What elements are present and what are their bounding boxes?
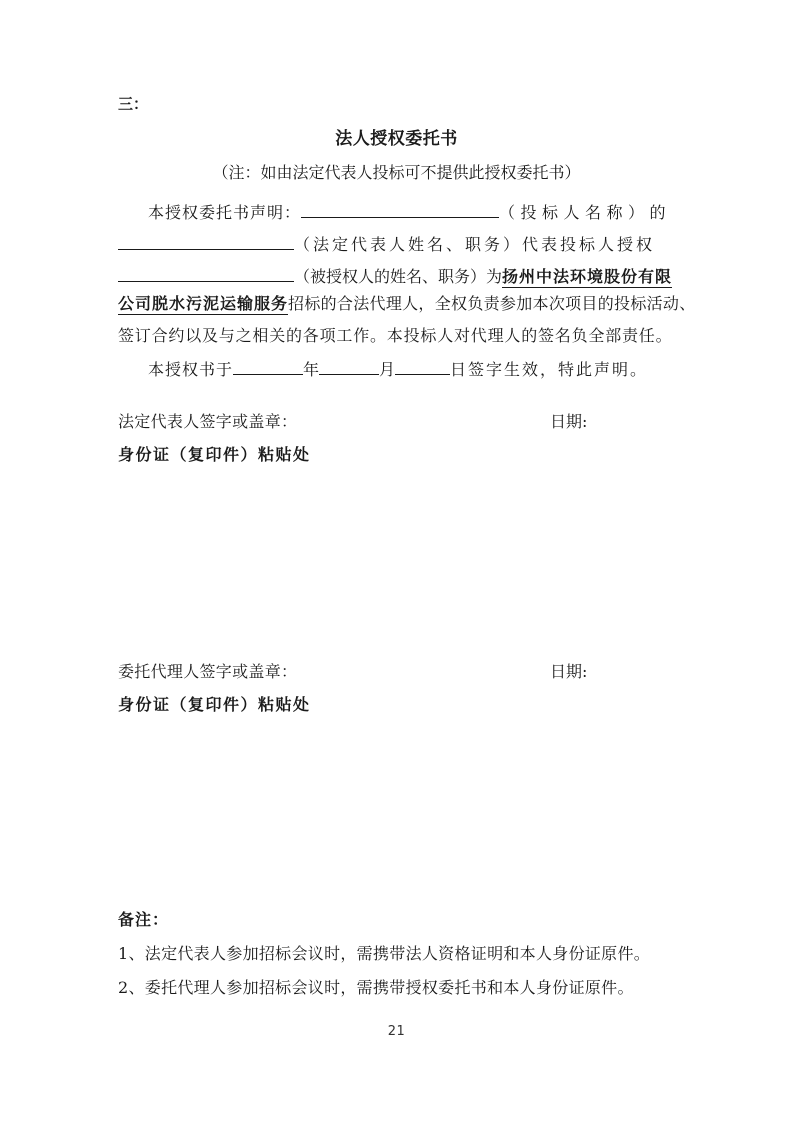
declaration-line-5: 签订合约以及与之相关的各项工作。本投标人对代理人的签名负全部责任。 bbox=[118, 328, 678, 348]
legal-rep-id-paste-label: 身份证（复印件）粘贴处 bbox=[118, 447, 311, 463]
agent-id-paste-label: 身份证（复印件）粘贴处 bbox=[118, 697, 311, 713]
remark-item-1: 1、法定代表人参加招标会议时，需携带法人资格证明和本人身份证原件。 bbox=[118, 946, 650, 962]
declaration-line-4: 公司脱水污泥运输服务招标的合法代理人，全权负责参加本次项目的投标活动、 bbox=[118, 296, 678, 316]
legal-rep-signature-label: 法定代表人签字或盖章： bbox=[118, 414, 297, 430]
effective-date-prefix: 本授权书于 bbox=[148, 360, 233, 379]
legal-rep-name-blank bbox=[118, 232, 294, 250]
agent-signature-label: 委托代理人签字或盖章： bbox=[118, 664, 297, 680]
effective-date-suffix: 日签字生效，特此声明。 bbox=[450, 360, 648, 379]
effective-date-line: 本授权书于年月日签字生效，特此声明。 bbox=[118, 357, 678, 377]
month-label: 月 bbox=[379, 360, 395, 379]
year-label: 年 bbox=[303, 360, 319, 379]
document-title: 法人授权委托书 bbox=[0, 131, 793, 148]
agent-label: （被授权人的姓名、职务）为 bbox=[294, 267, 502, 286]
day-blank bbox=[395, 357, 450, 375]
declaration-line-1: 本授权委托书声明：（投标人名称）的 bbox=[118, 200, 678, 220]
declaration-intro: 本授权委托书声明： bbox=[148, 203, 301, 222]
month-blank bbox=[319, 357, 379, 375]
declaration-closing: 签订合约以及与之相关的各项工作。本投标人对代理人的签名负全部责任。 bbox=[118, 326, 672, 345]
declaration-continuation: 招标的合法代理人，全权负责参加本次项目的投标活动、 bbox=[288, 294, 696, 313]
project-name-part-2: 公司脱水污泥运输服务 bbox=[118, 294, 288, 315]
declaration-line-3: （被授权人的姓名、职务）为扬州中法环境股份有限 bbox=[118, 264, 678, 284]
declaration-line-2: （法定代表人姓名、职务）代表投标人授权 bbox=[118, 232, 678, 252]
legal-rep-label: （法定代表人姓名、职务）代表投标人授权 bbox=[294, 235, 655, 254]
agent-name-blank bbox=[118, 264, 294, 282]
project-name-part-1: 扬州中法环境股份有限 bbox=[502, 267, 672, 288]
bidder-name-label: （投标人名称）的 bbox=[499, 203, 671, 222]
year-blank bbox=[233, 357, 303, 375]
agent-date-label: 日期: bbox=[550, 664, 587, 680]
document-note: （注：如由法定代表人投标可不提供此授权委托书） bbox=[0, 165, 793, 181]
bidder-name-blank bbox=[301, 200, 499, 218]
document-page: 三： 法人授权委托书 （注：如由法定代表人投标可不提供此授权委托书） 本授权委托… bbox=[0, 0, 793, 1122]
legal-rep-date-label: 日期: bbox=[550, 414, 587, 430]
remark-item-2: 2、委托代理人参加招标会议时，需携带授权委托书和本人身份证原件。 bbox=[118, 980, 634, 996]
remarks-heading: 备注： bbox=[118, 912, 169, 928]
page-number: 21 bbox=[0, 1025, 793, 1038]
section-number: 三： bbox=[118, 97, 148, 112]
